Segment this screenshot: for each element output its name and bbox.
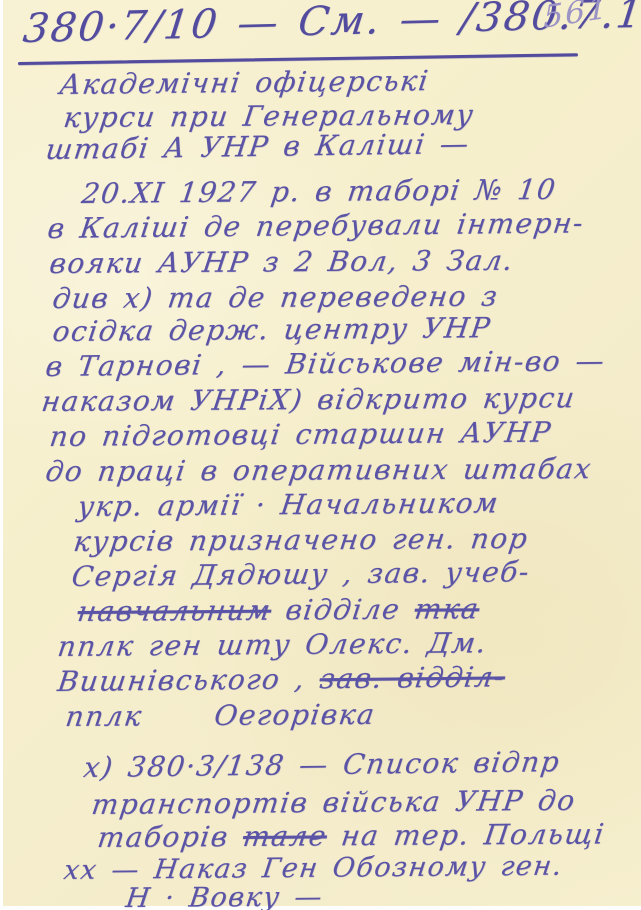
handwritten-line: 20.ХІ 1927 р. в таборі № 10 bbox=[80, 173, 559, 210]
handwritten-line: хх — Наказ Ген Обозному ген. bbox=[62, 851, 565, 886]
handwritten-line: Н · Вовку — bbox=[124, 882, 325, 910]
struck-word: тале bbox=[241, 819, 329, 853]
line-text: відділе bbox=[269, 593, 417, 627]
handwritten-line-with-strikethrough: навчальним відділе тка bbox=[76, 592, 482, 628]
handwritten-line: укр. армії · Начальником bbox=[76, 486, 502, 523]
handwritten-line: в Каліші де перебували інтерн- bbox=[46, 206, 587, 245]
handwritten-line: пплк ген шту Олекс. Дм. bbox=[56, 626, 490, 663]
scanned-manuscript-page: 380·7/10 — См. — /380.7.1-3 561 Академіч… bbox=[0, 0, 641, 910]
handwritten-line: курсів призначено ген. пор bbox=[72, 522, 531, 558]
handwritten-line: штабі А УНР в Каліші — bbox=[44, 127, 472, 166]
struck-word: навчальним bbox=[76, 594, 274, 628]
handwritten-line: пплк Оегорівка bbox=[64, 698, 378, 733]
struck-word: тка bbox=[413, 592, 482, 625]
handwritten-line: наказом УНРіХ) відкрито курси bbox=[40, 381, 578, 418]
line-text: Вишнівського , bbox=[56, 662, 322, 698]
handwritten-line: транспортів війська УНР до bbox=[90, 784, 578, 821]
handwritten-line: Сергія Дядюшу , зав. учеб- bbox=[70, 555, 532, 593]
handwritten-line: див х) та де переведено з bbox=[51, 280, 501, 315]
handwritten-line: х) 380·3/138 — Список відпр bbox=[82, 745, 563, 784]
line-text: таборів bbox=[96, 820, 246, 854]
handwritten-line: вояки АУНР з 2 Вол, 3 Зал. bbox=[48, 244, 516, 280]
handwritten-line: до праці в оперативних штабах bbox=[44, 452, 595, 488]
struck-word: зав. відділ- bbox=[318, 660, 508, 695]
handwritten-line: в Тарнові , — Військове мін-во — bbox=[44, 344, 608, 383]
line-text: на тер. Польщі bbox=[325, 817, 607, 852]
handwritten-line-with-strikethrough: таборів тале на тер. Польщі bbox=[96, 817, 607, 854]
handwritten-line: Академічні офіцерські bbox=[58, 64, 432, 101]
handwritten-line-with-strikethrough: Вишнівського , зав. відділ- bbox=[56, 660, 508, 698]
handwritten-line: осідка держ. центру УНР bbox=[51, 311, 493, 348]
handwritten-line: по підготовці старшин АУНР bbox=[48, 416, 554, 453]
